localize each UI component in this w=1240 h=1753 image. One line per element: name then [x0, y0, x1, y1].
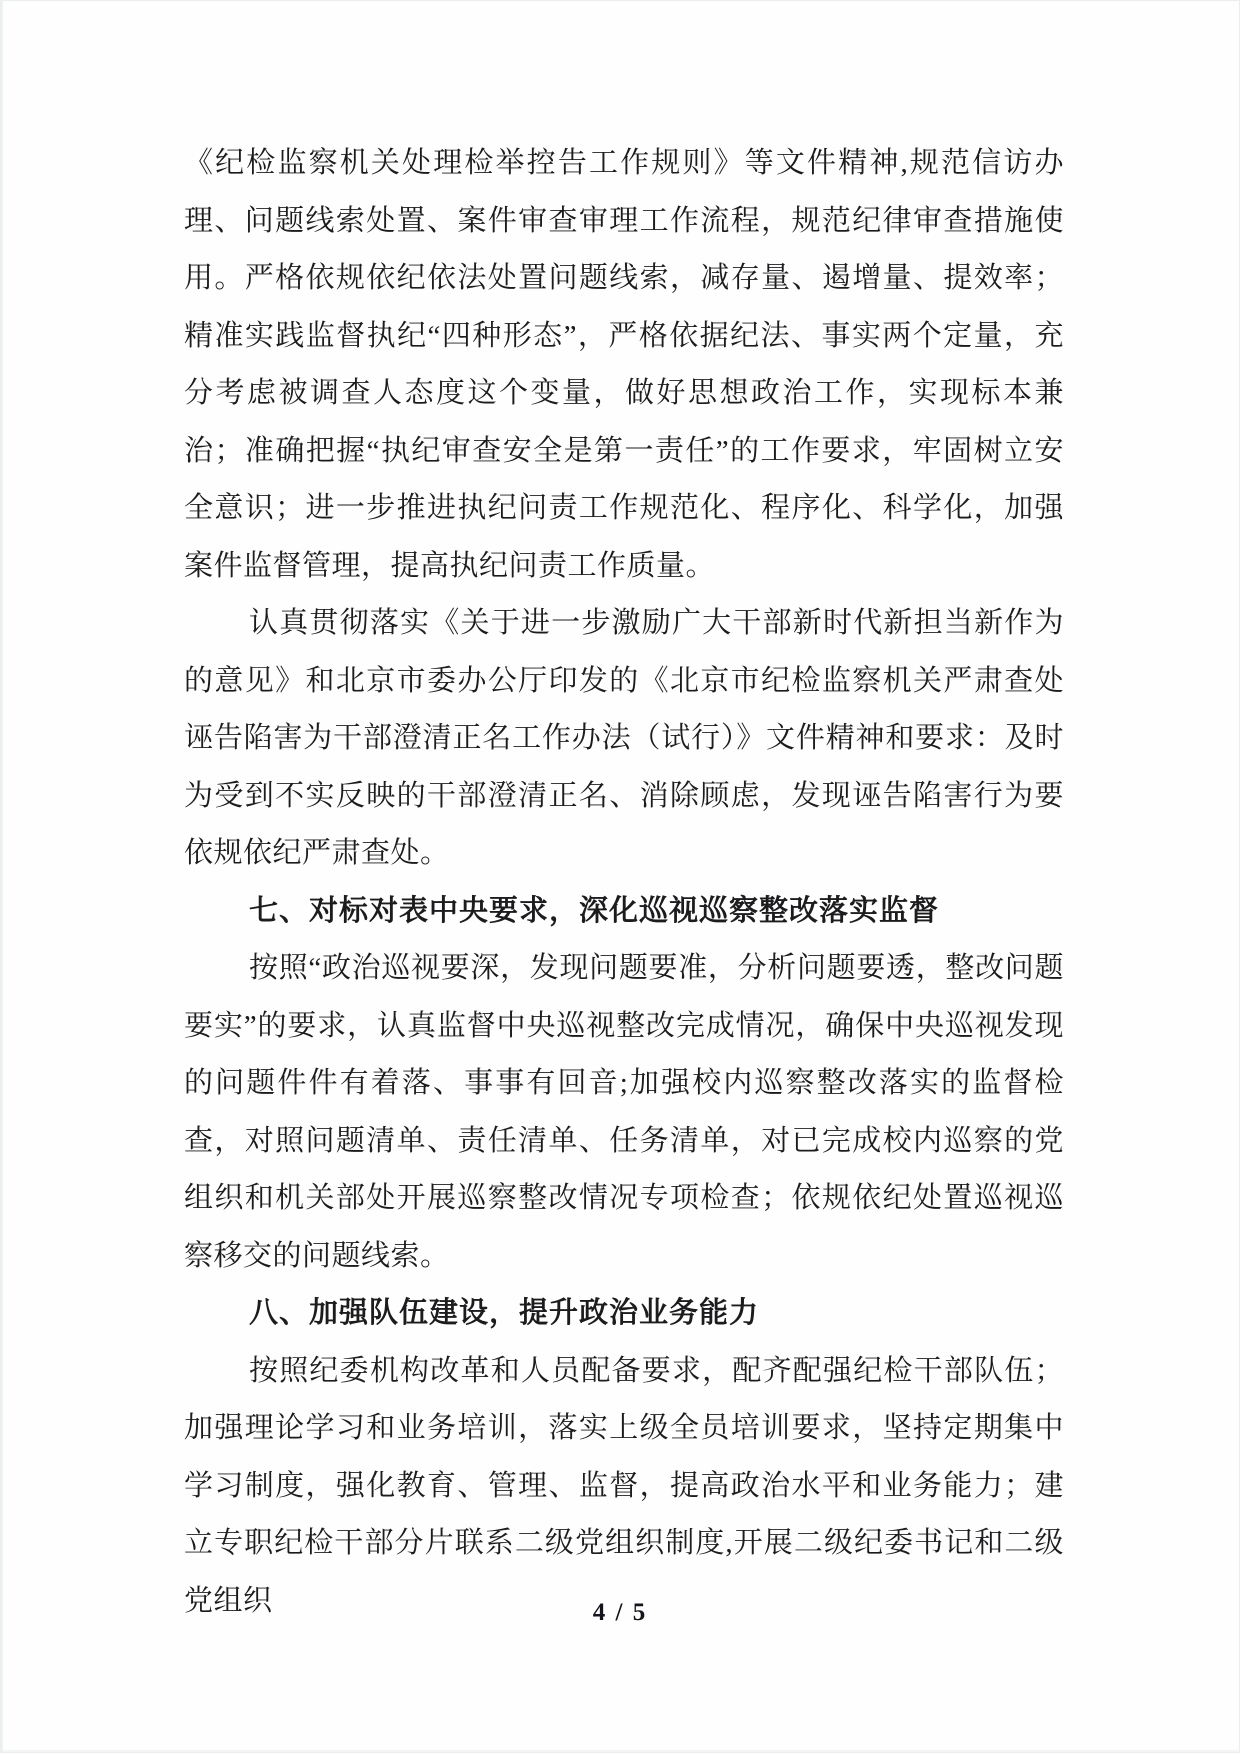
paragraph-team-building: 按照纪委机构改革和人员配备要求，配齐配强纪检干部队伍；加强理论学习和业务培训，落… — [184, 1343, 1064, 1631]
paragraph-inspection-rectification: 按照“政治巡视要深，发现问题要准，分析问题要透，整改问题要实”的要求，认真监督中… — [184, 940, 1064, 1285]
section-heading-7: 七、对标对表中央要求，深化巡视巡察整改落实监督 — [184, 883, 1064, 941]
paragraph-clearing-names: 认真贯彻落实《关于进一步激励广大干部新时代新担当新作为的意见》和北京市委办公厅印… — [184, 595, 1064, 883]
document-text-block: 《纪检监察机关处理检举控告工作规则》等文件精神,规范信访办理、问题线索处置、案件… — [184, 135, 1064, 1630]
section-heading-8: 八、加强队伍建设，提升政治业务能力 — [184, 1285, 1064, 1343]
document-page: 《纪检监察机关处理检举控告工作规则》等文件精神,规范信访办理、问题线索处置、案件… — [0, 0, 1240, 1753]
paragraph-continuation: 《纪检监察机关处理检举控告工作规则》等文件精神,规范信访办理、问题线索处置、案件… — [184, 135, 1064, 595]
page-number: 4 / 5 — [1, 1599, 1239, 1627]
